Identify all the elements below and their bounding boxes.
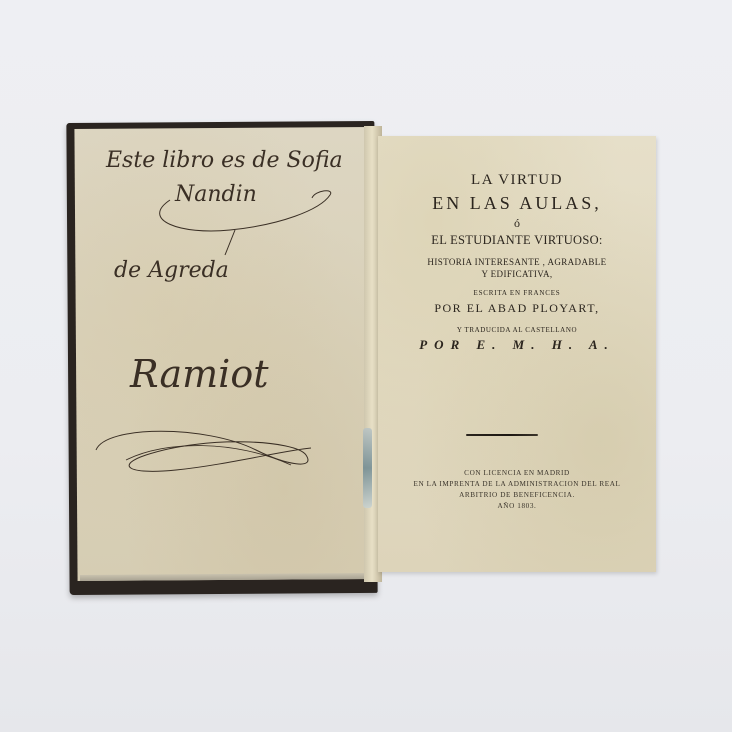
description-line-1: HISTORIA INTERESANTE , AGRADABLE [378, 257, 656, 267]
title-line-2: EN LAS AULAS, [378, 193, 656, 214]
signature-flourish-icon [86, 420, 326, 480]
translator: POR E. M. H. A. [378, 337, 656, 353]
title-page: LA VIRTUD EN LAS AULAS, ó EL ESTUDIANTE … [378, 136, 656, 572]
title-line-1: LA VIRTUD [378, 172, 656, 189]
divider-rule [466, 434, 538, 436]
imprint-line-4: AÑO 1803. [378, 502, 656, 510]
imprint-line-1: CON LICENCIA EN MADRID [378, 469, 656, 477]
hinge-tear [363, 428, 372, 508]
subtitle: EL ESTUDIANTE VIRTUOSO: [378, 233, 656, 248]
written-in: ESCRITA EN FRANCES [378, 289, 656, 297]
book-photo: Este libro es de Sofia Nandin de Agreda … [0, 0, 732, 732]
title-conjunction: ó [378, 216, 656, 231]
title-block: LA VIRTUD EN LAS AULAS, ó EL ESTUDIANTE … [378, 172, 656, 353]
inscription-line-3: de Agreda [114, 258, 229, 283]
imprint: CON LICENCIA EN MADRID EN LA IMPRENTA DE… [378, 466, 656, 510]
signature: Ramiot [130, 352, 268, 396]
inscription-flourish-icon [140, 190, 340, 260]
imprint-line-3: ARBITRIO DE BENEFICENCIA. [378, 491, 656, 499]
author: POR EL ABAD PLOYART, [378, 301, 656, 316]
inscription-line-1: Este libro es de Sofia [106, 148, 343, 173]
description-line-2: Y EDIFICATIVA, [378, 269, 656, 279]
translated-note: Y TRADUCIDA AL CASTELLANO [378, 326, 656, 334]
imprint-line-2: EN LA IMPRENTA DE LA ADMINISTRACION DEL … [378, 480, 656, 488]
